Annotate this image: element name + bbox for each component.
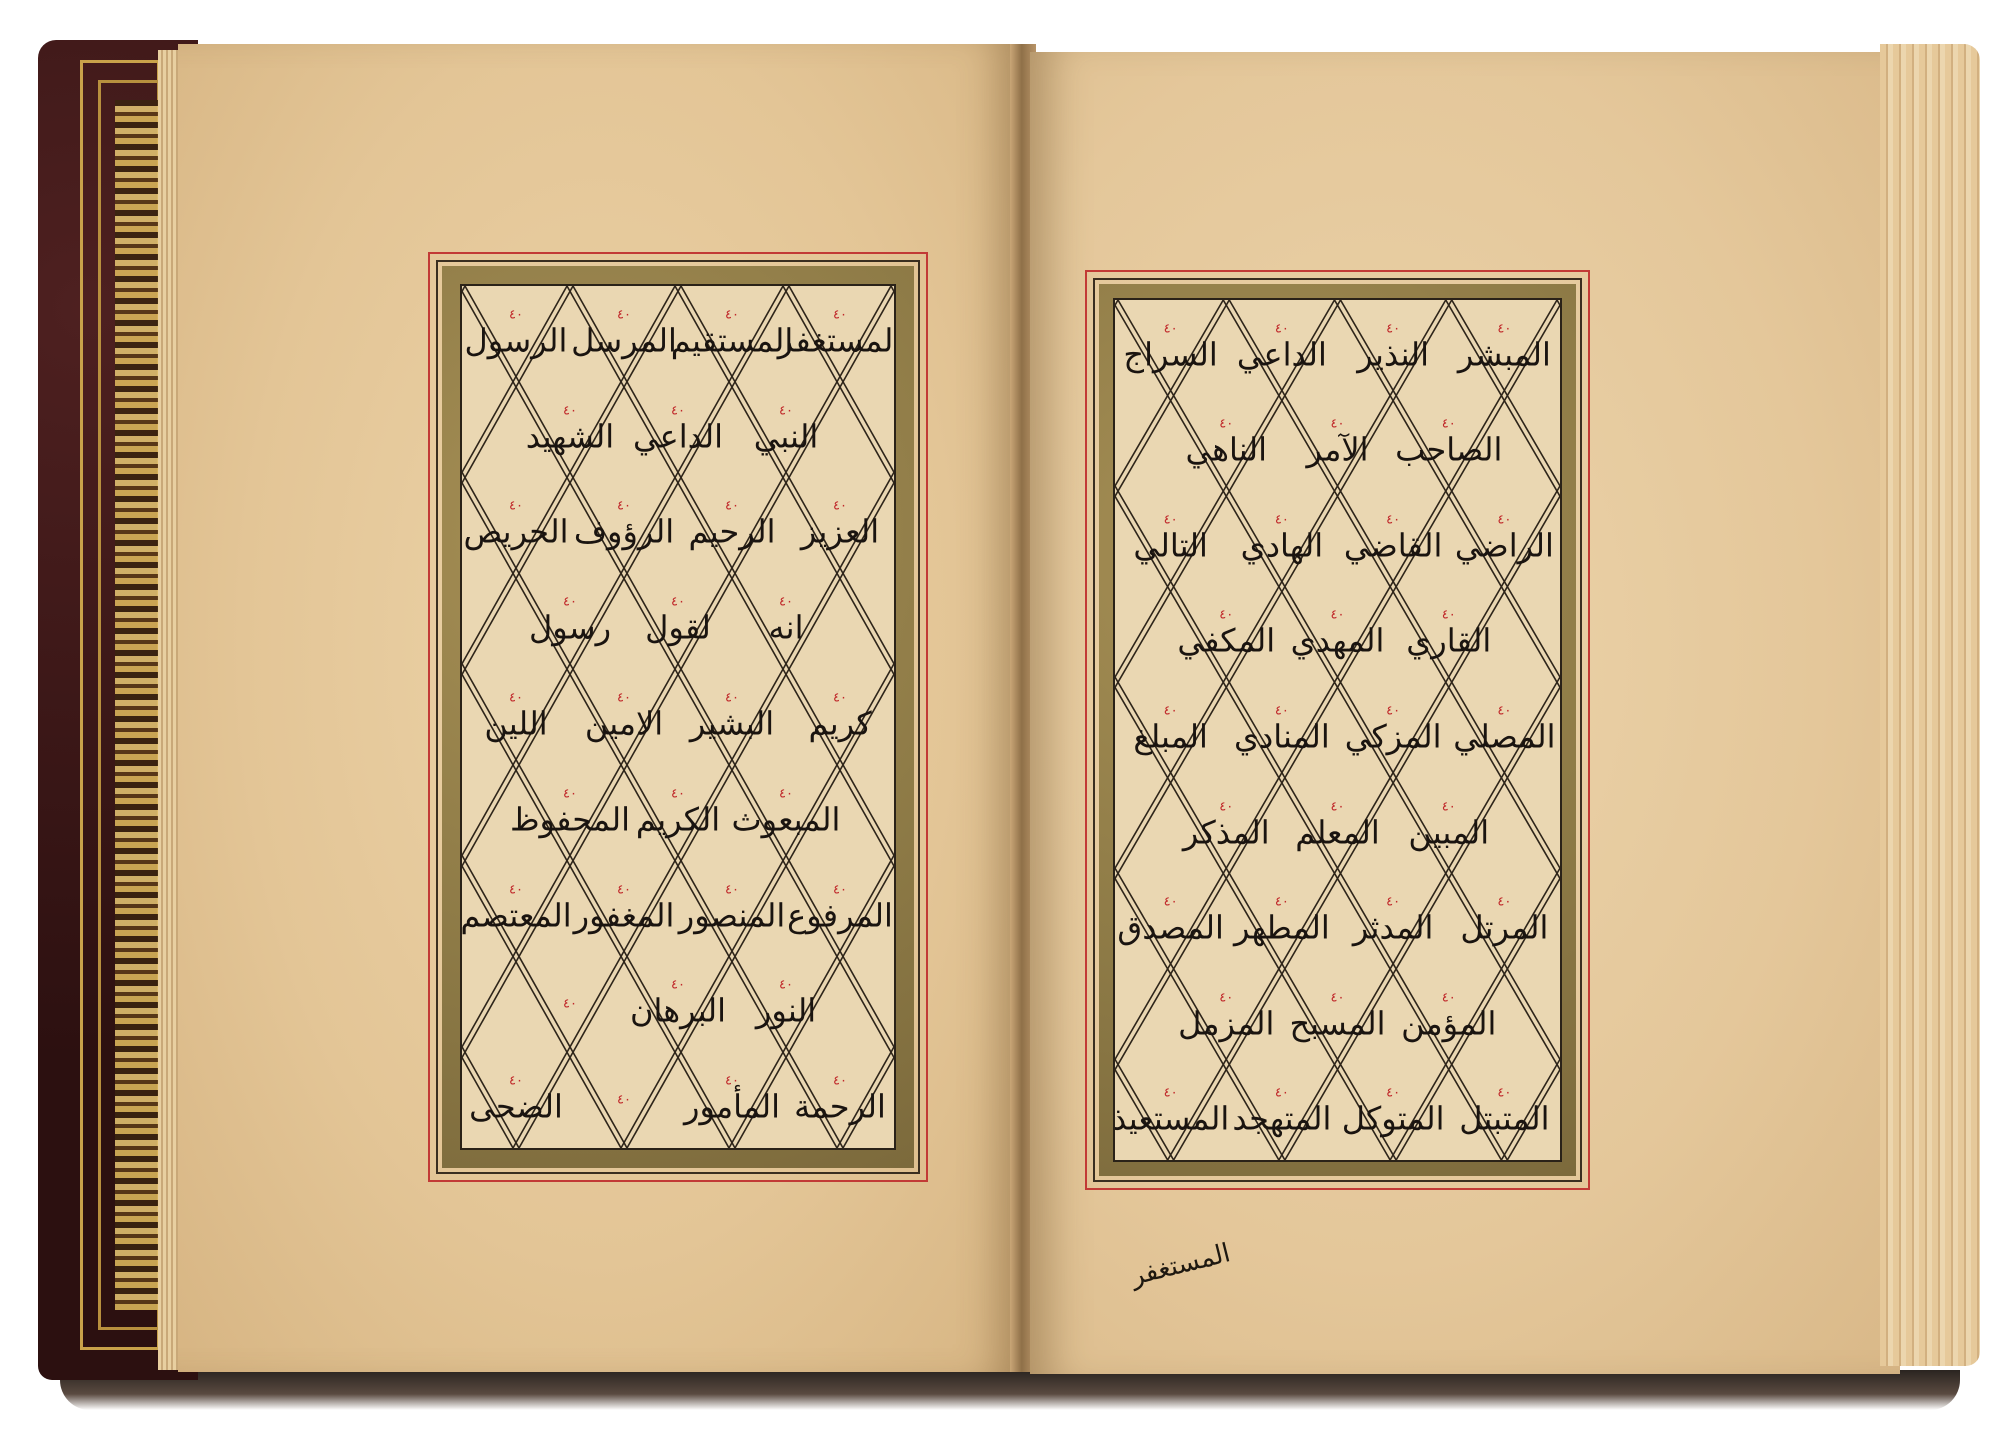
rubric-number: ٤٠	[688, 500, 775, 513]
name-text: المرسل	[571, 321, 677, 359]
lattice-cell: ٤٠المبين	[1408, 800, 1489, 851]
lattice-cell: ٤٠المهدي	[1291, 609, 1385, 660]
name-text: الرحمة	[794, 1088, 886, 1126]
name-text: المبعوث	[732, 800, 841, 838]
lattice-cell: ٤٠الصاحب	[1395, 418, 1502, 469]
rubric-number: ٤٠	[1185, 418, 1267, 431]
rubric-number: ٤٠	[769, 596, 804, 609]
rubric-number: ٤٠	[1133, 705, 1207, 718]
name-text: المبلغ	[1133, 718, 1207, 756]
name-text: الناهي	[1185, 431, 1267, 469]
rubric-number: ٤٠	[574, 883, 675, 896]
lattice-cell: ٤٠الهادي	[1241, 513, 1323, 564]
right-lattice-panel: ٤٠المبشر٤٠النذير٤٠الداعي٤٠السراج٤٠الصاحب…	[1085, 270, 1590, 1190]
lattice-cell: ٤٠المبلغ	[1133, 705, 1207, 756]
lattice-cell: ٤٠الشهيد	[526, 404, 614, 455]
name-text: المستقيم	[671, 321, 793, 359]
book-shadow	[60, 1370, 1960, 1410]
lattice-cell: ٤٠الرحيم	[688, 500, 775, 551]
rubric-number: ٤٠	[1133, 513, 1207, 526]
lattice-cell: ٤٠النور	[756, 979, 816, 1030]
name-text: المطهر	[1234, 909, 1330, 947]
lattice-cell: ٤٠الناهي	[1185, 418, 1267, 469]
name-text: اللين	[484, 705, 547, 743]
rubric-number: ٤٠	[1295, 800, 1379, 813]
name-text: العزيز	[801, 513, 879, 551]
name-text: المتبتل	[1459, 1100, 1549, 1138]
rubric-number: ٤٠	[1458, 322, 1551, 335]
name-text: النبي	[754, 417, 819, 455]
name-text: البشير	[690, 705, 774, 743]
rubric-number: ٤٠	[732, 787, 841, 800]
lattice-cell: ٤٠كريم	[808, 692, 871, 743]
name-text: التالي	[1133, 526, 1207, 564]
rubric-number: ٤٠	[756, 979, 816, 992]
rubric-number: ٤٠	[754, 404, 819, 417]
lattice-cell: ٤٠الرؤوف	[574, 500, 674, 551]
lattice-field: ٤٠المستغفر٤٠المستقيم٤٠المرسل٤٠الرسول٤٠ال…	[460, 284, 896, 1150]
rubric-number: ٤٠	[1357, 322, 1429, 335]
name-text: المسبح	[1290, 1004, 1386, 1042]
lattice-cell: ٤٠المذكر	[1183, 800, 1270, 851]
lattice-cell: ٤٠	[617, 1094, 631, 1107]
lattice-cell: ٤٠المبشر	[1458, 322, 1551, 373]
name-text: القاري	[1406, 622, 1491, 660]
lattice-cell: ٤٠النبي	[754, 404, 819, 455]
name-text: المدثر	[1353, 909, 1434, 947]
rubric-number: ٤٠	[463, 500, 568, 513]
lattice-cell: ٤٠المكفي	[1177, 609, 1275, 660]
rubric-number: ٤٠	[563, 998, 577, 1011]
rubric-number: ٤٠	[636, 787, 720, 800]
rubric-number: ٤٠	[787, 883, 893, 896]
lattice-cell: ٤٠المتهجد	[1232, 1087, 1331, 1138]
name-text: المتوكل	[1342, 1100, 1445, 1138]
lattice-cell: ٤٠انه	[769, 596, 804, 647]
left-page: ٤٠المستغفر٤٠المستقيم٤٠المرسل٤٠الرسول٤٠ال…	[178, 44, 1020, 1372]
name-text: المتهجد	[1232, 1100, 1331, 1138]
lattice-cell: ٤٠المدثر	[1353, 896, 1434, 947]
name-text: المصدق	[1117, 909, 1224, 947]
rubric-number: ٤٠	[679, 883, 786, 896]
lattice-cell: ٤٠المعتصم	[460, 883, 571, 934]
name-text: رسول	[529, 609, 611, 647]
rubric-number: ٤٠	[1353, 896, 1434, 909]
name-text: المنصور	[679, 896, 786, 934]
rubric-number: ٤٠	[1117, 896, 1224, 909]
lattice-cell: ٤٠الراضي	[1455, 513, 1554, 564]
lattice-cell: ٤٠الرسول	[465, 308, 568, 359]
right-page: ٤٠المبشر٤٠النذير٤٠الداعي٤٠السراج٤٠الصاحب…	[1030, 52, 1900, 1374]
name-text: المرفوع	[787, 896, 893, 934]
lattice-cell: ٤٠المرسل	[571, 308, 677, 359]
lattice-cell: ٤٠الداعي	[633, 404, 723, 455]
lattice-cell: ٤٠رسول	[529, 596, 611, 647]
rubric-number: ٤٠	[1183, 800, 1270, 813]
right-page-edges	[1880, 44, 1980, 1366]
rubric-number: ٤٠	[460, 883, 571, 896]
rubric-number: ٤٠	[1241, 513, 1323, 526]
rubric-number: ٤٠	[801, 500, 879, 513]
lattice-field: ٤٠المبشر٤٠النذير٤٠الداعي٤٠السراج٤٠الصاحب…	[1113, 298, 1562, 1162]
name-text: المغفور	[574, 896, 675, 934]
rubric-number: ٤٠	[1406, 609, 1491, 622]
name-text: كريم	[808, 705, 871, 743]
name-text: المصلي	[1453, 718, 1555, 756]
rubric-number: ٤٠	[526, 404, 614, 417]
rubric-number: ٤٠	[1307, 418, 1369, 431]
lattice-cell: ٤٠المزكي	[1345, 705, 1442, 756]
lattice-cell: ٤٠المعلم	[1295, 800, 1379, 851]
name-text: المأمور	[684, 1088, 780, 1126]
rubric-number: ٤٠	[1177, 609, 1275, 622]
rubric-number: ٤٠	[574, 500, 674, 513]
name-text: المكفي	[1177, 622, 1275, 660]
rubric-number: ٤٠	[1178, 991, 1274, 1004]
name-text: المؤمن	[1401, 1004, 1496, 1042]
rubric-number: ٤٠	[1234, 896, 1330, 909]
lattice-cell: ٤٠المزمل	[1178, 991, 1274, 1042]
name-text: النور	[756, 992, 816, 1030]
name-text: المعتصم	[460, 896, 571, 934]
lattice-cell: ٤٠الكريم	[636, 787, 720, 838]
lattice-cell: ٤٠المصدق	[1117, 896, 1224, 947]
lattice-cell: ٤٠القاضي	[1344, 513, 1442, 564]
rubric-number: ٤٠	[1123, 322, 1217, 335]
name-text: الرسول	[465, 321, 568, 359]
rubric-number: ٤٠	[1460, 896, 1548, 909]
rubric-number: ٤٠	[1342, 1087, 1445, 1100]
lattice-cell: ٤٠الداعي	[1237, 322, 1327, 373]
name-text: المبشر	[1458, 335, 1551, 373]
lattice-cell: ٤٠الامين	[585, 692, 663, 743]
rubric-number: ٤٠	[571, 308, 677, 321]
name-text: لقول	[645, 609, 711, 647]
name-text: النذير	[1357, 335, 1429, 373]
rubric-number: ٤٠	[690, 692, 774, 705]
rubric-number: ٤٠	[671, 308, 793, 321]
name-text: الرحيم	[688, 513, 775, 551]
rubric-number: ٤٠	[617, 1094, 631, 1107]
rubric-number: ٤٠	[633, 404, 723, 417]
lattice-cell: ٤٠المرتل	[1460, 896, 1548, 947]
lattice-cell: ٤٠لقول	[645, 596, 711, 647]
rubric-number: ٤٠	[684, 1075, 780, 1088]
lattice-cell: ٤٠المرفوع	[787, 883, 893, 934]
lattice-cell: ٤٠المتوكل	[1342, 1087, 1445, 1138]
name-text: المنادي	[1234, 718, 1330, 756]
lattice-cell: ٤٠القاري	[1406, 609, 1491, 660]
left-lattice-panel: ٤٠المستغفر٤٠المستقيم٤٠المرسل٤٠الرسول٤٠ال…	[428, 252, 928, 1182]
rubric-number: ٤٠	[794, 1075, 886, 1088]
rubric-number: ٤٠	[808, 692, 871, 705]
lattice-cell: ٤٠المتبتل	[1459, 1087, 1549, 1138]
lattice-cell: ٤٠الحريص	[463, 500, 568, 551]
rubric-number: ٤٠	[1395, 418, 1502, 431]
name-text: الراضي	[1455, 526, 1554, 564]
rubric-number: ٤٠	[1459, 1087, 1549, 1100]
name-text: المعلم	[1295, 813, 1379, 851]
lattice-cell: ٤٠المغفور	[574, 883, 675, 934]
name-text: المزمل	[1178, 1004, 1274, 1042]
greek-key-tooling	[115, 100, 161, 1310]
rubric-number: ٤٠	[1232, 1087, 1331, 1100]
lattice-cell: ٤٠المطهر	[1234, 896, 1330, 947]
rubric-number: ٤٠	[585, 692, 663, 705]
lattice-cell: ٤٠العزيز	[801, 500, 879, 551]
rubric-number: ٤٠	[1408, 800, 1489, 813]
name-text: الآمر	[1307, 431, 1369, 469]
name-text: المستعيذ	[1113, 1100, 1229, 1138]
rubric-number: ٤٠	[1345, 705, 1442, 718]
lattice-cell: ٤٠البشير	[690, 692, 774, 743]
name-text: الهادي	[1241, 526, 1323, 564]
name-text: الداعي	[633, 417, 723, 455]
rubric-number: ٤٠	[510, 787, 630, 800]
rubric-number: ٤٠	[1113, 1087, 1229, 1100]
lattice-cell: ٤٠المستقيم	[671, 308, 793, 359]
rubric-number: ٤٠	[778, 308, 896, 321]
lattice-cell: ٤٠السراج	[1123, 322, 1217, 373]
rubric-number: ٤٠	[1453, 705, 1555, 718]
lattice-cell: ٤٠البرهان	[630, 979, 726, 1030]
lattice-cell: ٤٠المنادي	[1234, 705, 1330, 756]
lattice-cell: ٤٠المؤمن	[1401, 991, 1496, 1042]
rubric-number: ٤٠	[1401, 991, 1496, 1004]
name-text: البرهان	[630, 992, 726, 1030]
name-text: الامين	[585, 705, 663, 743]
rubric-number: ٤٠	[469, 1075, 563, 1088]
lattice-cell: ٤٠المنصور	[679, 883, 786, 934]
rubric-number: ٤٠	[1237, 322, 1327, 335]
lattice-cell: ٤٠المأمور	[684, 1075, 780, 1126]
name-text: المذكر	[1183, 813, 1270, 851]
name-text: المزكي	[1345, 718, 1442, 756]
lattice-cell: ٤٠النذير	[1357, 322, 1429, 373]
name-text: المرتل	[1460, 909, 1548, 947]
rubric-number: ٤٠	[465, 308, 568, 321]
lattice-cell: ٤٠التالي	[1133, 513, 1207, 564]
rubric-number: ٤٠	[645, 596, 711, 609]
lattice-cell: ٤٠الرحمة	[794, 1075, 886, 1126]
lattice-cell: ٤٠المصلي	[1453, 705, 1555, 756]
rubric-number: ٤٠	[1455, 513, 1554, 526]
name-text: السراج	[1123, 335, 1217, 373]
lattice-cell: ٤٠المبعوث	[732, 787, 841, 838]
name-text: الداعي	[1237, 335, 1327, 373]
lattice-cell: ٤٠المحفوظ	[510, 787, 630, 838]
lattice-cell: ٤٠الآمر	[1307, 418, 1369, 469]
rubric-number: ٤٠	[630, 979, 726, 992]
lattice-cell: ٤٠	[563, 998, 577, 1011]
name-text: الضحى	[469, 1088, 563, 1126]
rubric-number: ٤٠	[1234, 705, 1330, 718]
lattice-cell: ٤٠المستعيذ	[1113, 1087, 1229, 1138]
lattice-cell: ٤٠الضحى	[469, 1075, 563, 1126]
lattice-cell: ٤٠اللين	[484, 692, 547, 743]
name-text: المستغفر	[778, 321, 896, 359]
name-text: الكريم	[636, 800, 720, 838]
lattice-cell: ٤٠المستغفر	[778, 308, 896, 359]
name-text: المبين	[1408, 813, 1489, 851]
name-text: المحفوظ	[510, 800, 630, 838]
lattice-cell: ٤٠المسبح	[1290, 991, 1386, 1042]
name-text: الحريص	[463, 513, 568, 551]
rubric-number: ٤٠	[1344, 513, 1442, 526]
name-text: المهدي	[1291, 622, 1385, 660]
name-text: الصاحب	[1395, 431, 1502, 469]
rubric-number: ٤٠	[484, 692, 547, 705]
name-text: الرؤوف	[574, 513, 674, 551]
name-text: انه	[769, 609, 804, 647]
rubric-number: ٤٠	[1291, 609, 1385, 622]
rubric-number: ٤٠	[529, 596, 611, 609]
name-text: القاضي	[1344, 526, 1442, 564]
rubric-number: ٤٠	[1290, 991, 1386, 1004]
name-text: الشهيد	[526, 417, 614, 455]
